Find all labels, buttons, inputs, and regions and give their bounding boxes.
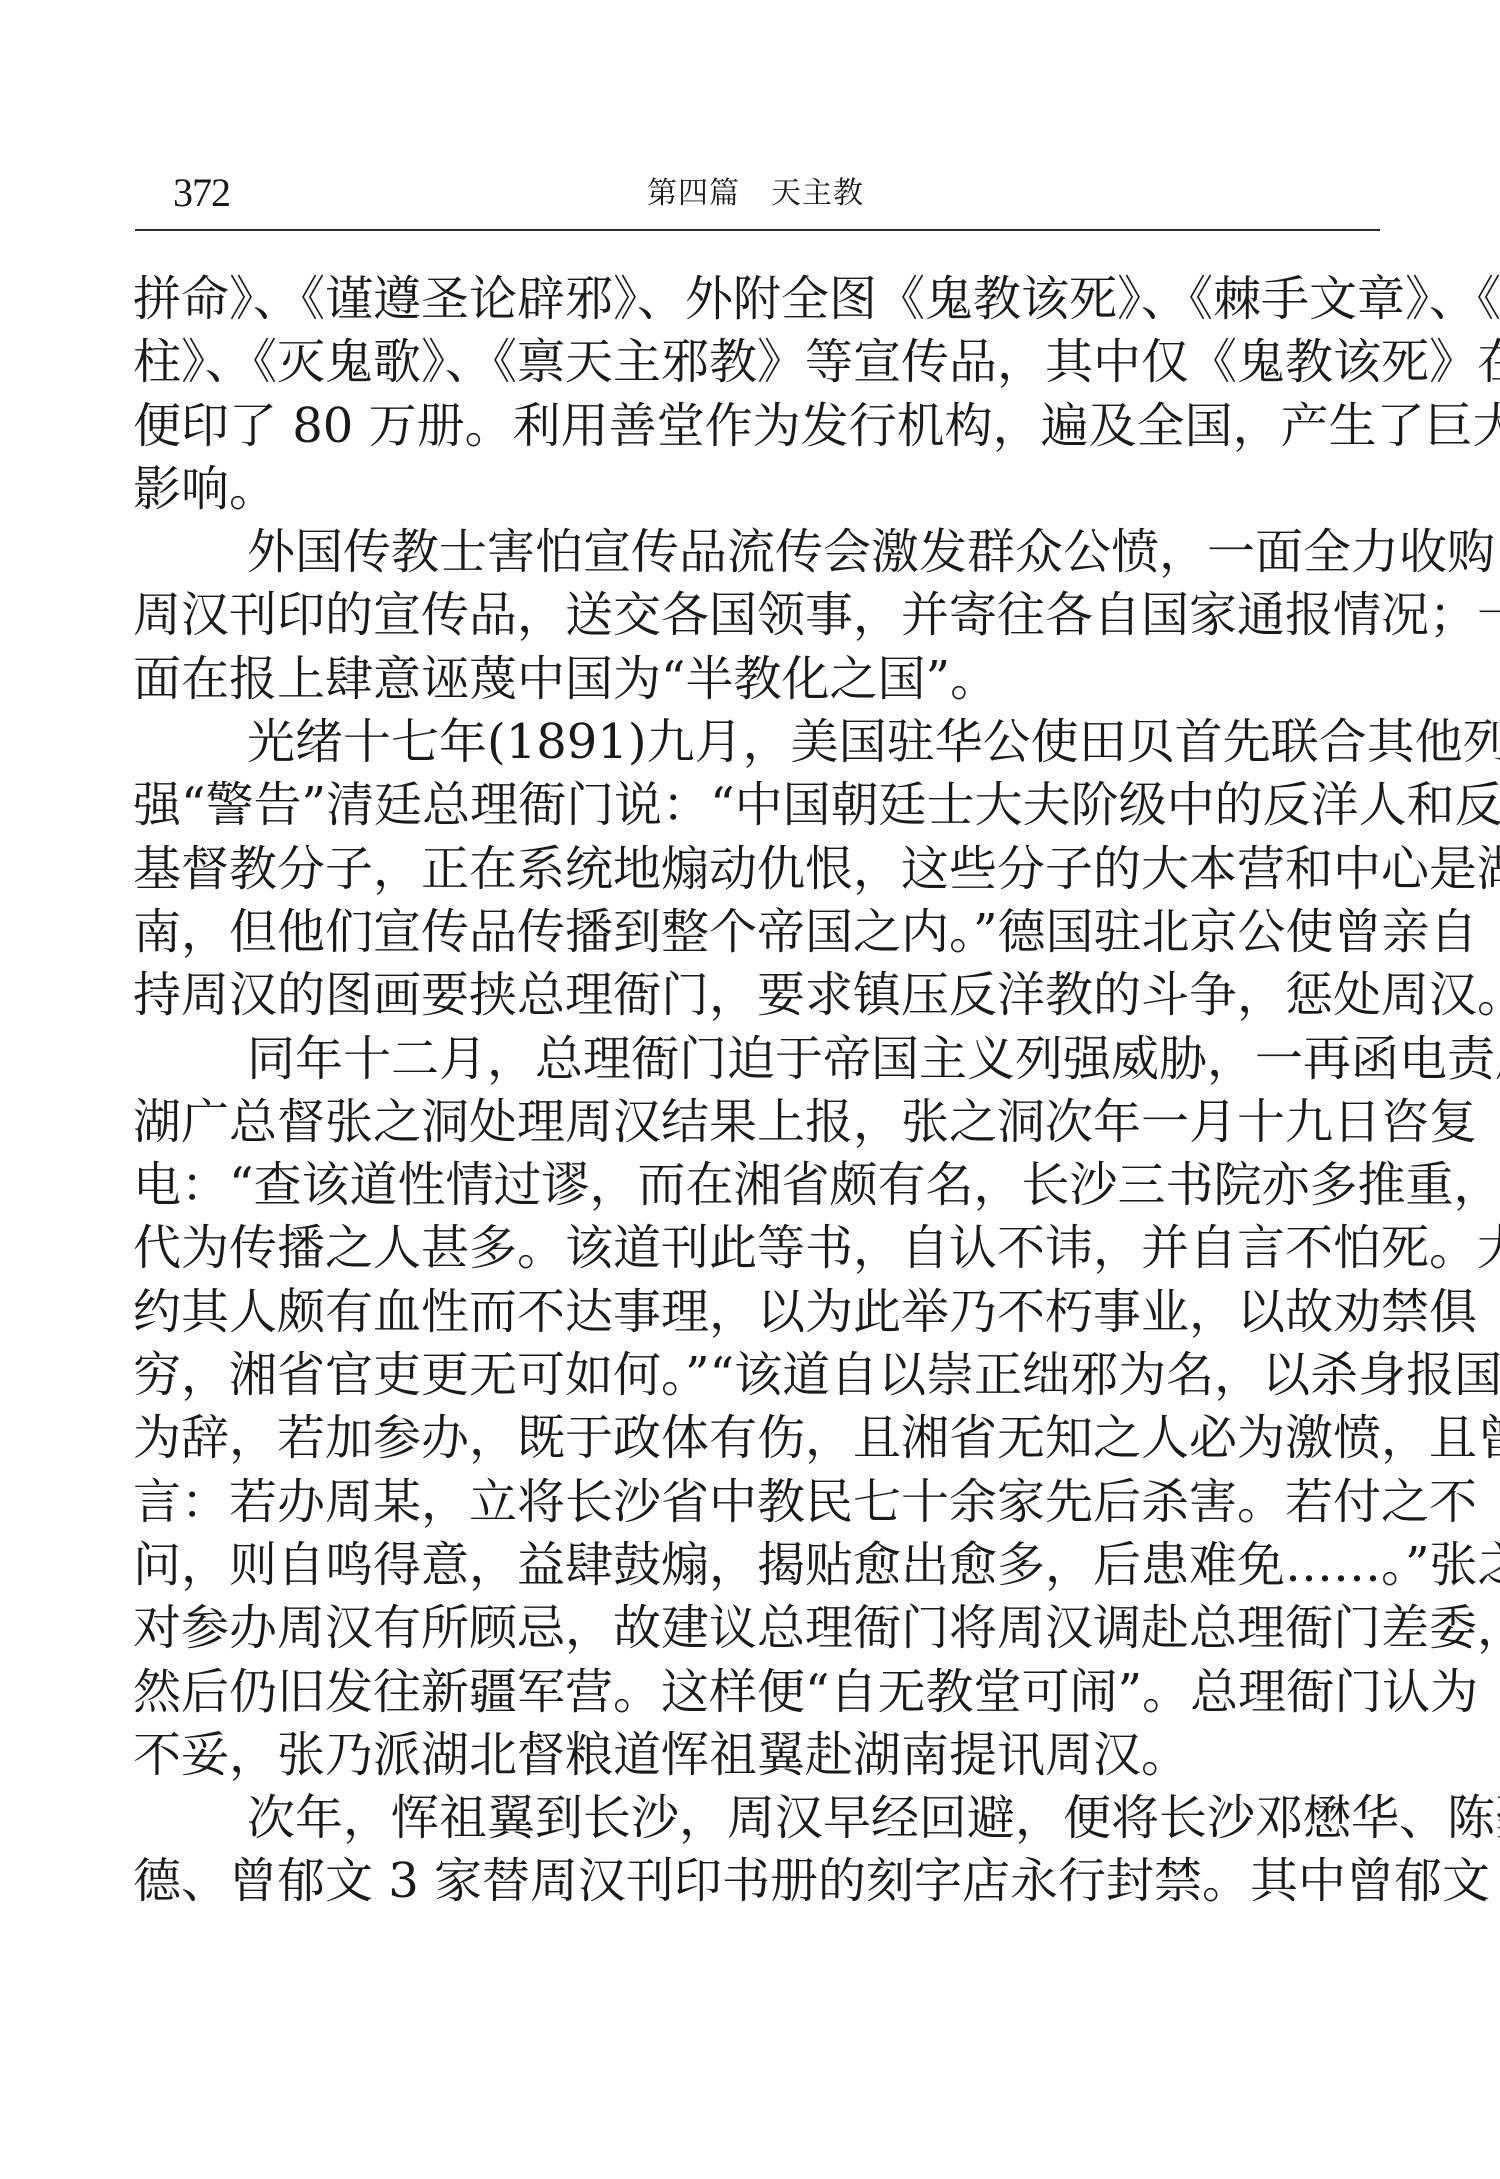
paragraph: 同年十二月，总理衙门迫于帝国主义列强威胁，一再函电责成 湖广总督张之洞处理周汉结… [133, 1028, 1383, 1788]
text-line: 影响。 [133, 458, 1383, 521]
text-line: 问，则自鸣得意，益肆鼓煽，揭贴愈出愈多，后患难免……。”张之洞 [133, 1534, 1383, 1597]
text-line: 不妥，张乃派湖北督粮道恽祖翼赴湖南提讯周汉。 [133, 1724, 1383, 1787]
paragraph: 次年，恽祖翼到长沙，周汉早经回避，便将长沙邓懋华、陈聚 德、曾郁文 3 家替周汉… [133, 1787, 1383, 1914]
text-line: 为辞，若加参办，既于政体有伤，且湘省无知之人必为激愤，且曾扬 [133, 1407, 1383, 1470]
text-line: 强“警告”清廷总理衙门说：“中国朝廷士大夫阶级中的反洋人和反 [133, 774, 1383, 837]
text-line: 穷，湘省官吏更无可如何。”“该道自以崇正绌邪为名，以杀身报国 [133, 1344, 1383, 1407]
text-line: 湖广总督张之洞处理周汉结果上报，张之洞次年一月十九日咨复 [133, 1091, 1383, 1154]
paragraph: 拼命》、《谨遵圣论辟邪》、外附全图《鬼教该死》、《棘手文章》、《擎天 柱》、《灭… [133, 268, 1383, 521]
running-title: 第四篇 天主教 [133, 174, 1378, 214]
text-line: 德、曾郁文 3 家替周汉刊印书册的刻字店永行封禁。其中曾郁文 [133, 1850, 1383, 1913]
text-line: 约其人颇有血性而不达事理，以为此举乃不朽事业，以故劝禁俱 [133, 1281, 1383, 1344]
text-line: 面在报上肆意诬蔑中国为“半教化之国”。 [133, 648, 1383, 711]
text-line: 南，但他们宣传品传播到整个帝国之内。”德国驻北京公使曾亲自 [133, 901, 1383, 964]
text-line: 光绪十七年(1891)九月，美国驻华公使田贝首先联合其他列 [133, 711, 1383, 774]
body-text: 拼命》、《谨遵圣论辟邪》、外附全图《鬼教该死》、《棘手文章》、《擎天 柱》、《灭… [133, 268, 1383, 1914]
text-line: 拼命》、《谨遵圣论辟邪》、外附全图《鬼教该死》、《棘手文章》、《擎天 [133, 268, 1383, 331]
text-line: 代为传播之人甚多。该道刊此等书，自认不讳，并自言不怕死。大 [133, 1217, 1383, 1280]
text-line: 柱》、《灭鬼歌》、《禀天主邪教》等宣传品，其中仅《鬼教该死》在湖南 [133, 331, 1383, 394]
text-line: 对参办周汉有所顾忌，故建议总理衙门将周汉调赴总理衙门差委， [133, 1597, 1383, 1660]
page-header: 372 第四篇 天主教 [133, 168, 1378, 228]
text-line: 便印了 80 万册。利用善堂作为发行机构，遍及全国，产生了巨大 [133, 395, 1383, 458]
text-line: 电：“查该道性情过谬，而在湘省颇有名，长沙三书院亦多推重，故 [133, 1154, 1383, 1217]
paragraph: 外国传教士害怕宣传品流传会激发群众公愤，一面全力收购 周汉刊印的宣传品，送交各国… [133, 521, 1383, 711]
header-rule [135, 229, 1380, 231]
text-line: 周汉刊印的宣传品，送交各国领事，并寄往各自国家通报情况；一 [133, 584, 1383, 647]
text-line: 基督教分子，正在系统地煽动仇恨，这些分子的大本营和中心是湖 [133, 838, 1383, 901]
paragraph: 光绪十七年(1891)九月，美国驻华公使田贝首先联合其他列 强“警告”清廷总理衙… [133, 711, 1383, 1027]
text-line: 言：若办周某，立将长沙省中教民七十余家先后杀害。若付之不 [133, 1471, 1383, 1534]
text-line: 然后仍旧发往新疆军营。这样便“自无教堂可闹”。总理衙门认为 [133, 1661, 1383, 1724]
text-line: 次年，恽祖翼到长沙，周汉早经回避，便将长沙邓懋华、陈聚 [133, 1787, 1383, 1850]
text-line: 同年十二月，总理衙门迫于帝国主义列强威胁，一再函电责成 [133, 1028, 1383, 1091]
text-line: 外国传教士害怕宣传品流传会激发群众公愤，一面全力收购 [133, 521, 1383, 584]
text-line: 持周汉的图画要挟总理衙门，要求镇压反洋教的斗争，惩处周汉。 [133, 964, 1383, 1027]
